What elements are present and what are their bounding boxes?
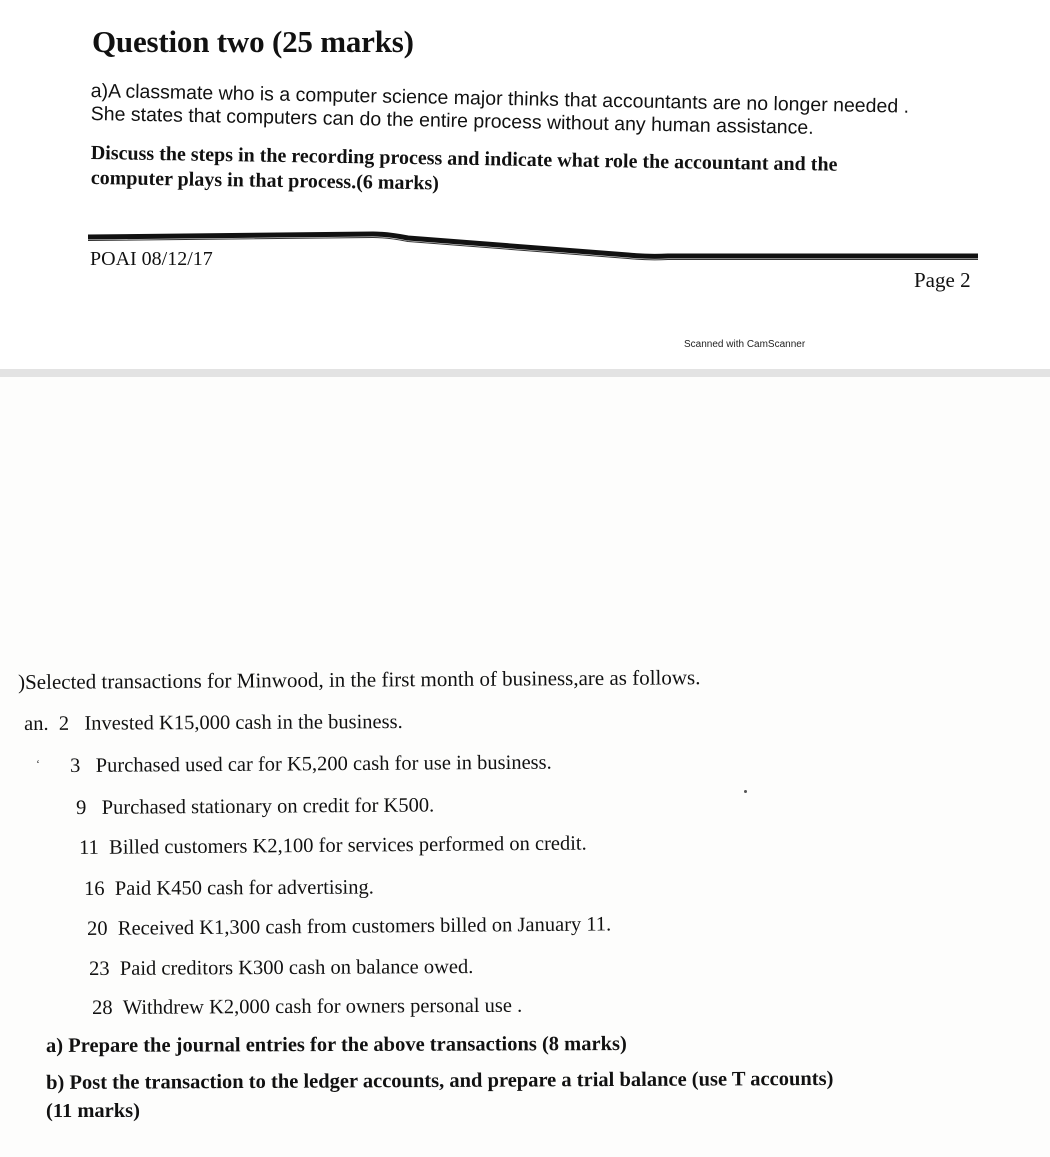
task-b-ledger-line-1: b) Post the transaction to the ledger ac… [46,1068,833,1095]
transaction-text: Billed customers K2,100 for services per… [109,833,587,859]
transaction-row: 16 Paid K450 cash for advertising. [84,876,374,901]
transaction-row: 9 Purchased stationary on credit for K50… [76,795,434,820]
transaction-day: 23 [89,958,110,980]
transaction-day: 28 [92,997,113,1019]
transaction-day: 9 [76,797,86,819]
transaction-text: Paid K450 cash for advertising. [115,876,374,899]
transaction-text: Withdrew K2,000 cash for owners personal… [123,995,523,1019]
transactions-intro: )Selected transactions for Minwood, in t… [18,665,701,695]
transaction-text: Paid creditors K300 cash on balance owed… [120,956,474,980]
transaction-day: 20 [87,918,108,940]
transaction-text: Purchased used car for K5,200 cash for u… [96,752,552,777]
footer-course-code: POAI 08/12/17 [90,248,213,271]
transaction-row: an. 2 Invested K15,000 cash in the busin… [24,711,403,736]
stray-mark: ‘ [36,757,40,772]
transaction-text: Purchased stationary on credit for K500. [102,795,435,819]
transaction-row: 3 Purchased used car for K5,200 cash for… [70,752,552,778]
footer-divider [88,228,978,268]
footer-page-number: Page 2 [914,268,971,293]
transaction-row: 23 Paid creditors K300 cash on balance o… [89,956,473,981]
transaction-row: 28 Withdrew K2,000 cash for owners perso… [92,995,522,1020]
task-a-journal-entries: a) Prepare the journal entries for the a… [46,1033,627,1058]
transaction-row: 20 Received K1,300 cash from customers b… [87,913,611,941]
page-separator [0,369,1050,377]
question-a-instruction-line-2: computer plays in that process.(6 marks) [91,167,439,195]
transaction-row: 11 Billed customers K2,100 for services … [79,833,587,860]
transaction-text: Received K1,300 cash from customers bill… [118,913,612,939]
transaction-text: Invested K15,000 cash in the business. [84,711,402,735]
question-title: Question two (25 marks) [92,24,414,60]
transaction-day: 3 [70,755,80,777]
task-b-ledger-line-2: (11 marks) [46,1100,140,1123]
transaction-day: 11 [79,837,99,859]
stray-dot [744,790,747,793]
transaction-day: 16 [84,878,105,900]
transaction-day: 2 [59,713,69,735]
month-prefix: an. [24,713,49,735]
scanned-page-1: Question two (25 marks) a)A classmate wh… [0,0,1050,369]
scanner-watermark: Scanned with CamScanner [684,339,805,350]
